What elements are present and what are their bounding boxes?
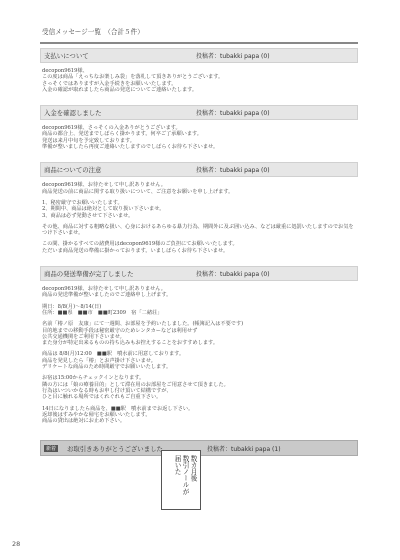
message-paragraph: 1、秘密厳守でお願いいたします。 2、期間中、商品は絶対として取り扱い下さいませ… <box>42 200 356 219</box>
message-paragraph: 14日になりましたら商品を、■■駅 噴水前までお返し下さい。 返却後はすみやかな… <box>42 406 356 425</box>
message-subject: 入金を確認しました <box>41 108 196 117</box>
message-poster: 投稿者：tubakki papa (0) <box>196 51 357 60</box>
message-poster: 投稿者：tubakki papa (0) <box>196 269 357 278</box>
message-body: decopon9619様、さっそくの入金ありがとうございます。 商品の都合上、発… <box>40 120 358 158</box>
message-body: decopon9619様、 この度は商品「えっちなお楽しみ袋」を落札して頂きあり… <box>40 63 358 101</box>
message-paragraph: その他、商品に対する粗略な扱い、心身におけるあらゆる暴力行為、期間外に及ぶ囲い込… <box>42 224 356 237</box>
message-poster: 投稿者：tubakki papa (0) <box>196 165 357 174</box>
message-paragraph: decopon9619様、お待たせして申し訳ありません。 商品の発送準備が整いま… <box>42 286 356 299</box>
message-subject: 商品についての注意 <box>41 165 196 174</box>
message-paragraph: decopon9619様、さっそくの入金ありがとうございます。 商品の都合上、発… <box>42 125 356 150</box>
message-paragraph: 名前「椿ノ原 友康」にて一週間、お部屋を予約いたしました。(帳簿記入は不要です)… <box>42 321 356 346</box>
message-header[interactable]: 商品についての注意投稿者：tubakki papa (0) <box>40 162 358 177</box>
message-poster: 投稿者：tubakki papa (1) <box>207 444 357 453</box>
message-poster: 投稿者：tubakki papa (0) <box>196 108 357 117</box>
message-paragraph: この間、掛かるすべての諸費用はdecopon9619様のご負担にてお願いいたしま… <box>42 241 356 254</box>
message-paragraph: 期日：8/8(月)～8/14(日) 住所：■■県 ■■市 ■■町2309 宿「二… <box>42 304 356 317</box>
new-badge: 新着 <box>44 445 58 452</box>
speech-bubble: 数カ月後 数引ノールが 届いた <box>161 450 201 510</box>
page-title: 受信メッセージ一覧 （合計５件） <box>40 22 358 44</box>
message-subject: 支払いについて <box>41 51 196 60</box>
message-paragraph: decopon9619様、 この度は商品「えっちなお楽しみ袋」を落札して頂きあり… <box>42 68 356 93</box>
message-header[interactable]: 支払いについて投稿者：tubakki papa (0) <box>40 48 358 63</box>
page-number: 28 <box>12 540 20 548</box>
message-paragraph: お宿は15:00からチェックインとなります。 隣の方には「娘の療養目的」として滞… <box>42 375 356 400</box>
message-subject: 商品の発送準備が完了しました <box>41 269 196 278</box>
message-body: decopon9619様、お待たせして申し訳ありません。 商品の発送準備が整いま… <box>40 281 358 432</box>
message-header[interactable]: 入金を確認しました投稿者：tubakki papa (0) <box>40 105 358 120</box>
message-paragraph: decopon9619様、お待たせして申し訳ありません。 商品発送の前に商品に関… <box>42 182 356 195</box>
message-header[interactable]: 商品の発送準備が完了しました投稿者：tubakki papa (0) <box>40 266 358 281</box>
message-body: decopon9619様、お待たせして申し訳ありません。 商品発送の前に商品に関… <box>40 177 358 262</box>
message-list: 受信メッセージ一覧 （合計５件） 支払いについて投稿者：tubakki papa… <box>40 22 358 456</box>
message-paragraph: 商品は 8/8(月)12:00 ■■駅 噴水前に用意しております。 商品を発見し… <box>42 351 356 370</box>
